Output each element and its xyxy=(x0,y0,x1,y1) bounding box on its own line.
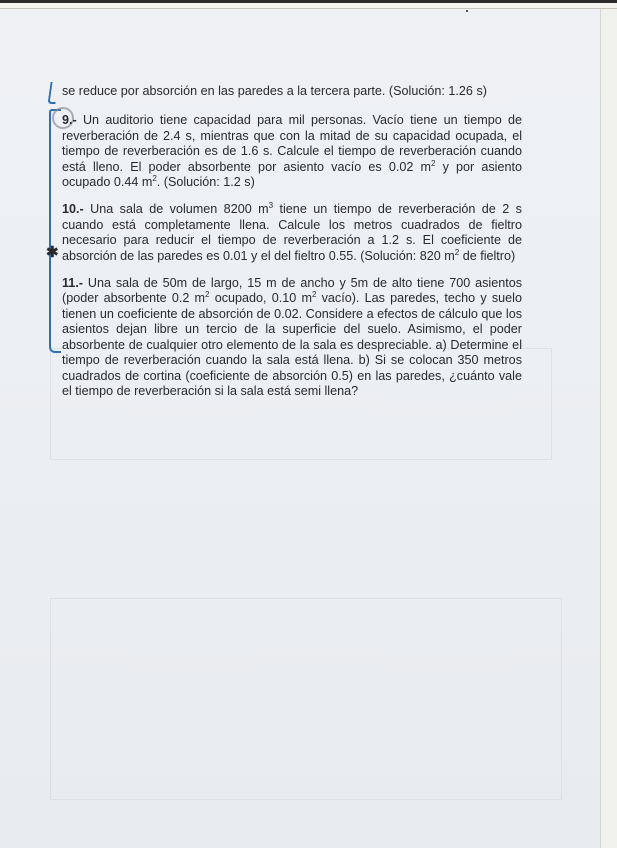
exercise-text: Una sala de volumen 8200 m xyxy=(84,202,269,216)
exercise-content: se reduce por absorción en las paredes a… xyxy=(62,84,522,411)
exercise-text: ocupado, 0.10 m xyxy=(210,291,312,305)
exercise-text: de fieltro) xyxy=(459,249,515,263)
exercise-text: vacío). Las paredes, techo y suelo tiene… xyxy=(62,291,522,397)
scan-speck xyxy=(466,10,468,12)
scan-right-margin xyxy=(601,9,617,848)
exercise-number: 11.- xyxy=(62,276,83,290)
paragraph-text: se reduce por absorción en las paredes a… xyxy=(62,84,487,98)
exercise-10: 10.- Una sala de volumen 8200 m3 tiene u… xyxy=(62,202,522,264)
asterisk-annotation-icon: ✱ xyxy=(46,243,59,261)
exercise-number: 10.- xyxy=(62,202,84,216)
paragraph-8-tail: se reduce por absorción en las paredes a… xyxy=(62,84,522,99)
exercise-number: 9.- xyxy=(62,113,77,127)
pen-bracket-main xyxy=(49,109,61,353)
exercise-text: . (Solución: 1.2 s) xyxy=(157,175,255,189)
exercise-9: 9.- Un auditorio tiene capacidad para mi… xyxy=(62,113,522,190)
exercise-11: 11.- Una sala de 50m de largo, 15 m de a… xyxy=(62,276,522,399)
bleed-through-frame xyxy=(50,598,562,800)
